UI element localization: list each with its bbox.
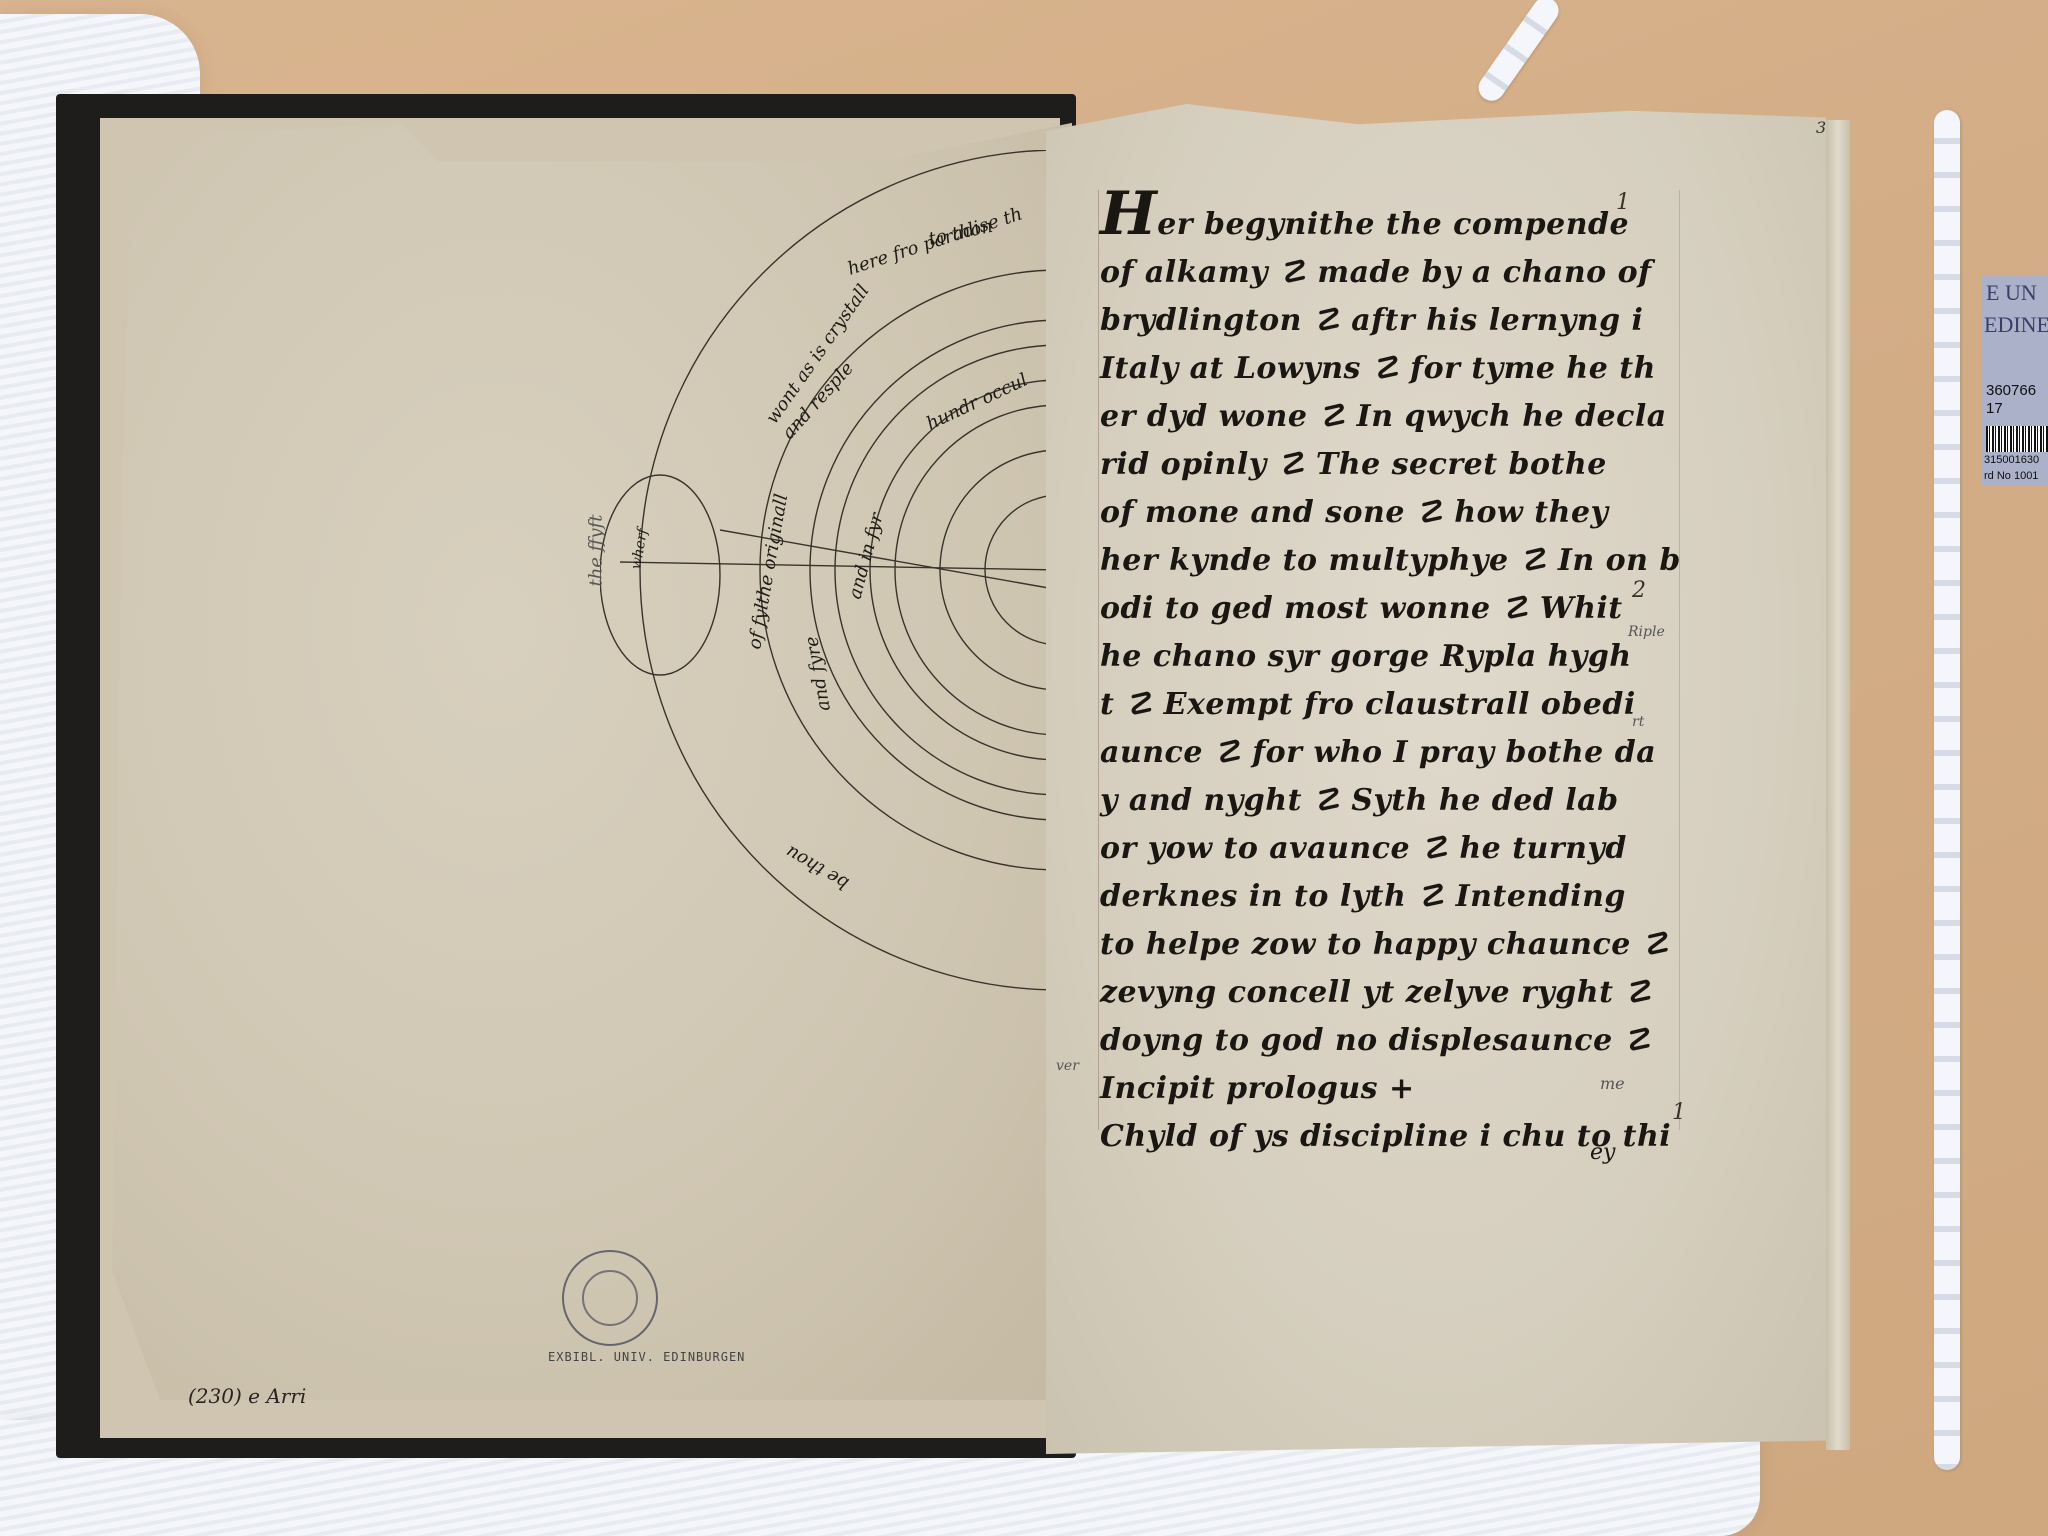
shelfmark: (230) e Arri: [188, 1384, 306, 1408]
diagram-label: be thou: [782, 841, 852, 894]
diagram-label: and fyre: [801, 635, 835, 713]
margin-note: ver: [1056, 1058, 1079, 1074]
text-line: aunce ☡ for who I pray bothe da: [1100, 729, 1740, 777]
text-line: derknes in to lyth ☡ Intending: [1100, 873, 1740, 921]
diagram-label: here fro paradise th: [845, 203, 1025, 279]
margin-note: rt: [1632, 714, 1644, 730]
diagram-circles: to thon here fro paradise th wont as is …: [600, 150, 1060, 1050]
text-line: or yow to avaunce ☡ he turnyd: [1100, 825, 1740, 873]
text-line: he chano syr gorge Rypla hygh: [1100, 633, 1740, 681]
line-number: 1: [1616, 190, 1630, 215]
weighted-snake-cord-top: [1474, 0, 1564, 106]
text-line: rid opinly ☡ The secret bothe: [1100, 441, 1740, 489]
margin-note: Riple: [1628, 624, 1665, 640]
interlinear-note: ey: [1590, 1140, 1615, 1165]
text-line: doyng to god no displesaunce ☡: [1100, 1017, 1740, 1065]
label-text: 360766: [1986, 382, 2036, 399]
label-text: EDINE: [1984, 312, 2048, 338]
concentric-circle-diagram: to thon here fro paradise th wont as is …: [600, 150, 1060, 1050]
text-line: brydlington ☡ aftr his lernyng i: [1100, 297, 1740, 345]
diagram-label: and in fyr: [845, 509, 888, 601]
manuscript-text: Her begynithe the compende of alkamy ☡ m…: [1100, 190, 1740, 1161]
text-line: of alkamy ☡ made by a chano of: [1100, 249, 1740, 297]
text-line: zevyng concell yt zelyve ryght ☡: [1100, 969, 1740, 1017]
label-text: 315001630: [1984, 454, 2039, 466]
line-number: 1: [1672, 1100, 1686, 1125]
label-text: 17: [1986, 400, 2003, 417]
text-line: Incipit prologus +: [1100, 1065, 1740, 1113]
diagram-label: hundr occul: [923, 369, 1031, 434]
text-line: Chyld of ys discipline i chu to thi: [1100, 1113, 1740, 1161]
page-edges: [1826, 120, 1850, 1450]
diagram-label: wherf: [628, 525, 651, 571]
line-number: 2: [1632, 578, 1646, 603]
library-barcode-label: E UN EDINE 360766 17 315001630 rd No 100…: [1982, 276, 2048, 486]
weighted-snake-cord: [1934, 110, 1960, 1470]
diagram-label: of fylthe originall: [744, 492, 792, 651]
library-stamp: [562, 1250, 658, 1346]
barcode: [1986, 426, 2048, 452]
folio-number: 3: [1816, 118, 1826, 137]
interlinear-note: me: [1600, 1074, 1625, 1093]
text-line: of mone and sone ☡ how they: [1100, 489, 1740, 537]
label-text: E UN: [1986, 280, 2037, 306]
text-line: er dyd wone ☡ In qwych he decla: [1100, 393, 1740, 441]
text-line: y and nyght ☡ Syth he ded lab: [1100, 777, 1740, 825]
text-line: to helpe zow to happy chaunce ☡: [1100, 921, 1740, 969]
text-line: Italy at Lowyns ☡ for tyme he th: [1100, 345, 1740, 393]
stamp-text: EXBIBL. UNIV. EDINBURGEN: [548, 1350, 745, 1364]
label-text: rd No 1001: [1984, 470, 2038, 482]
text-line: Her begynithe the compende: [1100, 190, 1740, 249]
side-note: the ffyft: [586, 514, 607, 586]
